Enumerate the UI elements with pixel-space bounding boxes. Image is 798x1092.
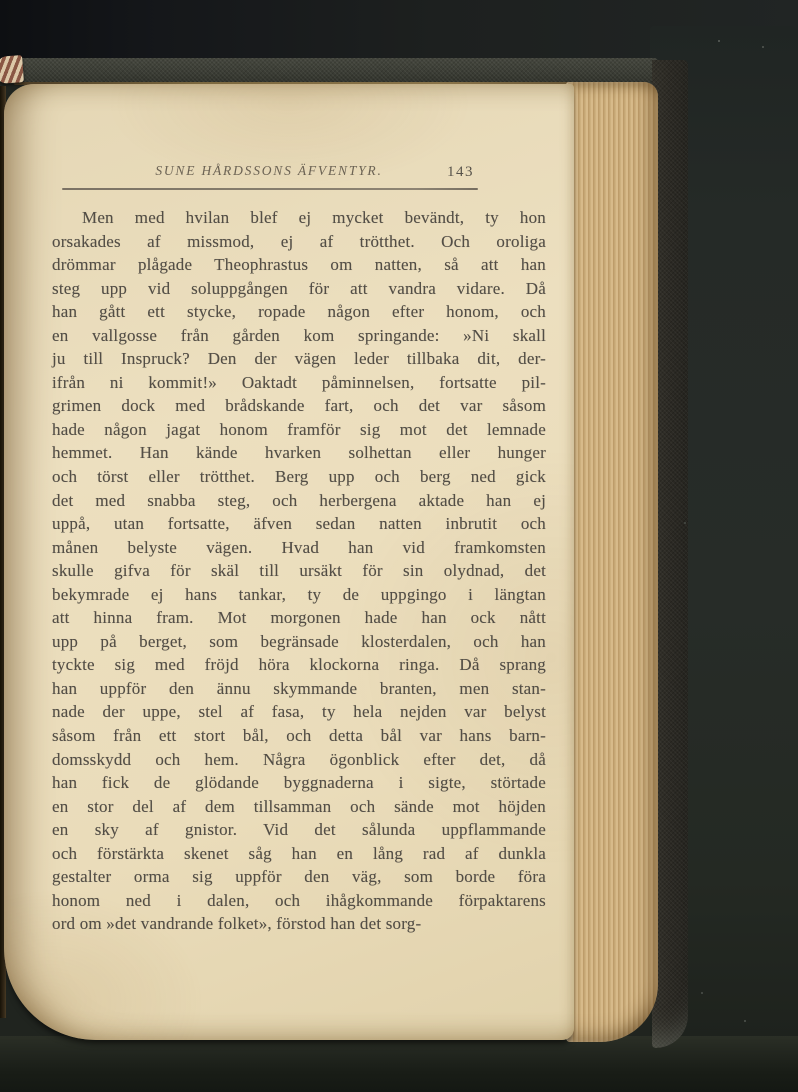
cover-cloth-top-edge [10,58,658,84]
text-line: månen belyste vägen. Hvad han vid framko… [52,536,546,560]
text-line: hemmet. Han kände hvarken solhettan elle… [52,441,546,465]
text-line: gestalter orma sig uppför den väg, som b… [52,865,546,889]
text-line: ord om »det vandrande folket», förstod h… [52,912,546,936]
text-line: och förstärkta skenet såg han en lång ra… [52,842,546,866]
text-line: domsskydd och hem. Några ögonblick efter… [52,748,546,772]
text-line: uppå, utan fortsatte, äfven sedan natten… [52,512,546,536]
dust-specks [0,0,2,2]
text-line: ju till Inspruck? Den der vägen leder ti… [52,347,546,371]
text-line: upp på berget, som begränsade klosterdal… [52,630,546,654]
text-line: grimen dock med brådskande fart, och det… [52,394,546,418]
text-line: en stor del af dem tillsamman och sände … [52,795,546,819]
headband [0,55,24,84]
text-line: han gått ett stycke, ropade någon efter … [52,300,546,324]
header-rule [62,188,478,190]
page-number: 143 [447,164,474,181]
text-line: honom ned i dalen, och ihågkommande förp… [52,889,546,913]
text-line: Men med hvilan blef ej mycket bevändt, t… [52,206,546,230]
running-header: SUNE HÅRDSSONS ÄFVENTYR. 143 [62,163,476,183]
text-line: tyckte sig med fröjd höra klockorna ring… [52,653,546,677]
text-line: en vallgosse från gården kom springande:… [52,324,546,348]
text-line: och törst eller trötthet. Berg upp och b… [52,465,546,489]
text-line: att hinna fram. Mot morgonen hade han oc… [52,606,546,630]
text-line: en sky af gnistor. Vid det sålunda uppfl… [52,818,546,842]
text-line: hade någon jagat honom framför sig mot d… [52,418,546,442]
book-cover-bottom [0,1036,798,1092]
text-line: drömmar plågade Theophrastus om natten, … [52,253,546,277]
body-text: Men med hvilan blef ej mycket bevändt, t… [52,206,546,936]
text-line: steg upp vid soluppgången för att vandra… [52,277,546,301]
text-line: han fick de glödande byggnaderna i sigte… [52,771,546,795]
text-line: bekymrade ej hans tankar, ty de uppgingo… [52,583,546,607]
text-line: orsakades af missmod, ej af trötthet. Oc… [52,230,546,254]
text-line: ifrån ni kommit!» Oaktadt påminnelsen, f… [52,371,546,395]
running-header-title: SUNE HÅRDSSONS ÄFVENTYR. [62,163,476,179]
text-line: det med snabba steg, och herbergena akta… [52,489,546,513]
page-edges-stack [566,82,658,1042]
text-line: såsom från ett stort bål, och detta bål … [52,724,546,748]
text-line: nade der uppe, stel af fasa, ty hela nej… [52,700,546,724]
text-line: skulle gifva för skäl till ursäkt för si… [52,559,546,583]
text-line: han uppför den ännu skymmande branten, m… [52,677,546,701]
